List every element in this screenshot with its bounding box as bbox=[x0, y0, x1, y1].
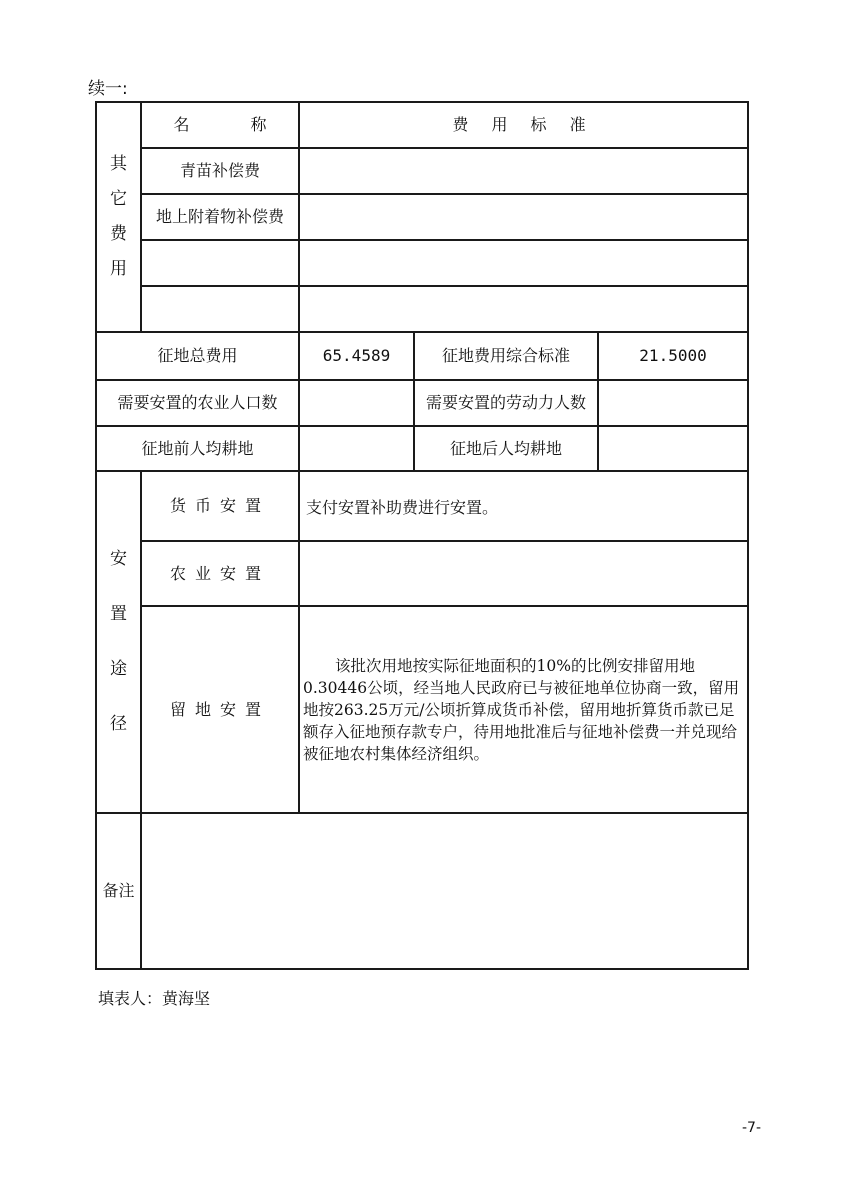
name-column-header: 名 称 bbox=[141, 102, 299, 148]
resettlement-row: 农业安置 bbox=[96, 541, 748, 606]
resettlement-row: 留地安置 该批次用地按实际征地面积的10%的比例安排留用地0.30446公顷，经… bbox=[96, 606, 748, 813]
resettlement-row: 安 置 途 径 货币安置 支付安置补助费进行安置。 bbox=[96, 471, 748, 541]
fee-standard-cell[interactable] bbox=[299, 148, 748, 194]
total-fee-value: 65.4589 bbox=[299, 332, 414, 380]
farmland-after-value[interactable] bbox=[598, 426, 748, 471]
other-fee-row bbox=[96, 240, 748, 286]
fee-name-cell: 地上附着物补偿费 bbox=[141, 194, 299, 240]
other-fees-header-row: 其 它 费 用 名 称 费 用 标 准 bbox=[96, 102, 748, 148]
section-char: 径 bbox=[110, 716, 127, 733]
section-char: 途 bbox=[110, 661, 127, 678]
fee-standard-cell[interactable] bbox=[299, 194, 748, 240]
other-fee-row: 地上附着物补偿费 bbox=[96, 194, 748, 240]
fee-name-cell[interactable] bbox=[141, 240, 299, 286]
section-char: 其 bbox=[110, 156, 127, 173]
labor-count-label: 需要安置的劳动力人数 bbox=[414, 380, 598, 426]
other-fees-section-label: 其 它 费 用 bbox=[96, 102, 141, 332]
land-acquisition-form-table: 其 它 费 用 名 称 费 用 标 准 青苗补偿费 地上附着物补偿费 征地总费用… bbox=[95, 101, 749, 970]
labor-count-value[interactable] bbox=[598, 380, 748, 426]
resettlement-section-label: 安 置 途 径 bbox=[96, 471, 141, 813]
reserved-land-resettlement-label: 留地安置 bbox=[141, 606, 299, 813]
monetary-resettlement-label: 货币安置 bbox=[141, 471, 299, 541]
monetary-resettlement-content: 支付安置补助费进行安置。 bbox=[299, 471, 748, 541]
total-fee-row: 征地总费用 65.4589 征地费用综合标准 21.5000 bbox=[96, 332, 748, 380]
fee-standard-cell[interactable] bbox=[299, 240, 748, 286]
composite-standard-value: 21.5000 bbox=[598, 332, 748, 380]
form-filler: 填表人：黄海坚 bbox=[98, 986, 210, 1009]
other-fee-row: 青苗补偿费 bbox=[96, 148, 748, 194]
composite-standard-label: 征地费用综合标准 bbox=[414, 332, 598, 380]
other-fee-row bbox=[96, 286, 748, 332]
agri-population-value[interactable] bbox=[299, 380, 414, 426]
reserved-land-paragraph: 该批次用地按实际征地面积的10%的比例安排留用地0.30446公顷，经当地人民政… bbox=[300, 655, 747, 765]
farmland-before-value[interactable] bbox=[299, 426, 414, 471]
fee-name-cell[interactable] bbox=[141, 286, 299, 332]
fee-standard-cell[interactable] bbox=[299, 286, 748, 332]
reserved-land-resettlement-content: 该批次用地按实际征地面积的10%的比例安排留用地0.30446公顷，经当地人民政… bbox=[299, 606, 748, 813]
agricultural-resettlement-content[interactable] bbox=[299, 541, 748, 606]
total-fee-label: 征地总费用 bbox=[96, 332, 299, 380]
page-number: -7- bbox=[742, 1120, 761, 1136]
remarks-label: 备注 bbox=[96, 813, 141, 969]
farmland-after-label: 征地后人均耕地 bbox=[414, 426, 598, 471]
fee-name-cell: 青苗补偿费 bbox=[141, 148, 299, 194]
remarks-row: 备注 bbox=[96, 813, 748, 969]
agricultural-resettlement-label: 农业安置 bbox=[141, 541, 299, 606]
continued-label: 续一: bbox=[88, 74, 128, 99]
remarks-content[interactable] bbox=[141, 813, 748, 969]
section-char: 费 bbox=[110, 226, 127, 243]
population-row: 需要安置的农业人口数 需要安置的劳动力人数 bbox=[96, 380, 748, 426]
section-char: 用 bbox=[110, 261, 127, 278]
section-char: 安 bbox=[110, 551, 127, 568]
farmland-before-label: 征地前人均耕地 bbox=[96, 426, 299, 471]
farmland-row: 征地前人均耕地 征地后人均耕地 bbox=[96, 426, 748, 471]
section-char: 置 bbox=[110, 606, 127, 623]
agri-population-label: 需要安置的农业人口数 bbox=[96, 380, 299, 426]
section-char: 它 bbox=[110, 191, 127, 208]
standard-column-header: 费 用 标 准 bbox=[299, 102, 748, 148]
